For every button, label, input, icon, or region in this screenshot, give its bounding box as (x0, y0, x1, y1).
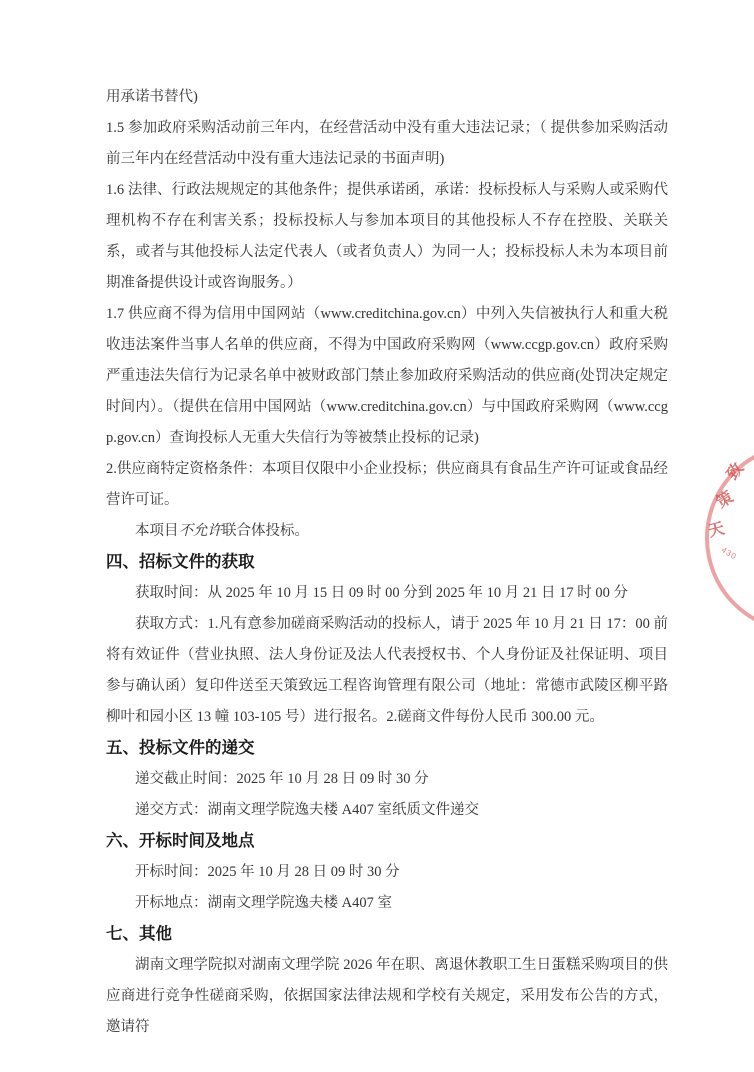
no-consortium-prefix: 本项目 (135, 523, 179, 539)
para-submission-method: 递交方式：湖南文理学院逸夫楼 A407 室纸质文件递交 (106, 795, 668, 826)
no-consortium-emphasis: 不允许 (179, 523, 223, 539)
para-obtain-method: 获取方式：1.凡有意参加磋商采购活动的投标人，请于 2025 年 10 月 21… (106, 609, 668, 733)
document-body: 用承诺书替代) 1.5 参加政府采购活动前三年内，在经营活动中没有重大违法记录；… (106, 82, 668, 1043)
para-submission-deadline: 递交截止时间：2025 年 10 月 28 日 09 时 30 分 (106, 764, 668, 795)
para-no-consortium: 本项目不允许联合体投标。 (106, 516, 668, 547)
section-heading-other: 七、其他 (106, 919, 668, 950)
para-promise-substitute: 用承诺书替代) (106, 82, 668, 113)
para-clause-1-5: 1.5 参加政府采购活动前三年内，在经营活动中没有重大违法记录；（ 提供参加采购… (106, 113, 668, 175)
para-obtain-time: 获取时间：从 2025 年 10 月 15 日 09 时 00 分到 2025 … (106, 578, 668, 609)
section-heading-bid-submission: 五、投标文件的递交 (106, 733, 668, 764)
section-heading-obtain-documents: 四、招标文件的获取 (106, 547, 668, 578)
no-consortium-suffix: 联合体投标。 (222, 523, 309, 539)
para-opening-time: 开标时间：2025 年 10 月 28 日 09 时 30 分 (106, 857, 668, 888)
para-opening-place: 开标地点：湖南文理学院逸夫楼 A407 室 (106, 888, 668, 919)
document-page: 用承诺书替代) 1.5 参加政府采购活动前三年内，在经营活动中没有重大违法记录；… (0, 0, 754, 1072)
company-seal-stamp: 致 策 天 430 (705, 443, 754, 633)
section-heading-bid-opening: 六、开标时间及地点 (106, 826, 668, 857)
para-clause-2-qualification: 2.供应商特定资格条件：本项目仅限中小企业投标；供应商具有食品生产许可证或食品经… (106, 454, 668, 516)
para-clause-1-6: 1.6 法律、行政法规规定的其他条件；提供承诺函，承诺：投标投标人与采购人或采购… (106, 175, 668, 299)
para-clause-1-7: 1.7 供应商不得为信用中国网站（www.creditchina.gov.cn）… (106, 299, 668, 454)
para-other-intro: 湖南文理学院拟对湖南文理学院 2026 年在职、离退休教职工生日蛋糕采购项目的供… (106, 950, 668, 1043)
